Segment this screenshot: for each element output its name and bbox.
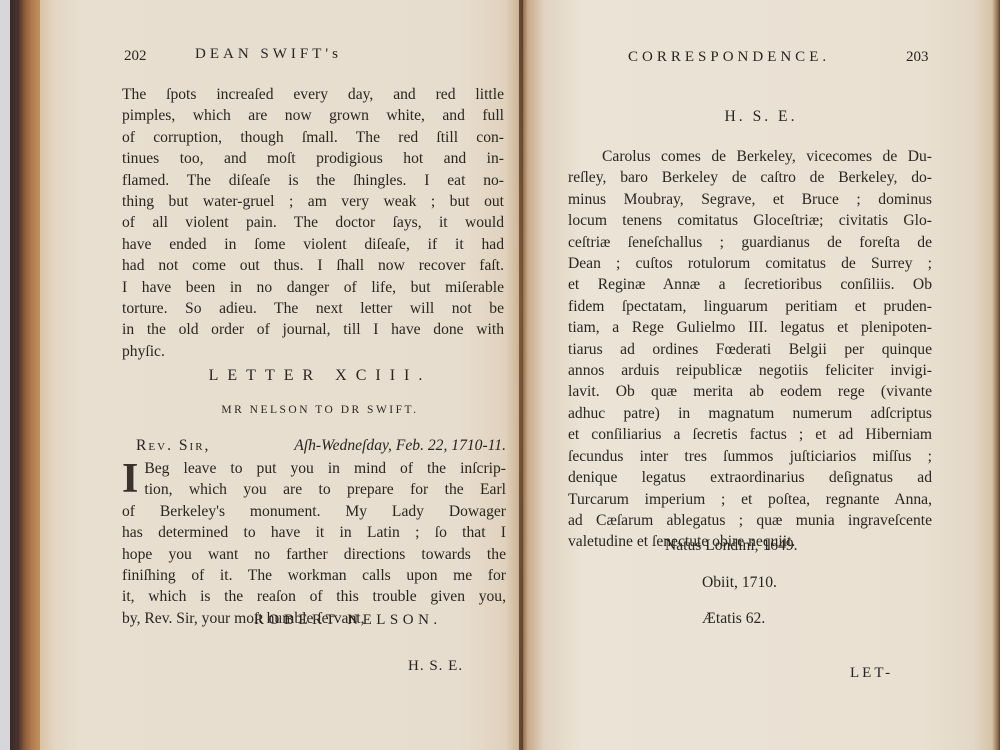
- text-line: Beg leave to put you in mind of the inſc…: [122, 458, 506, 479]
- drop-cap: I: [122, 461, 138, 497]
- running-head-left: DEAN SWIFT's: [195, 46, 342, 63]
- text-line: hope you want no farther directions towa…: [122, 544, 506, 565]
- text-line: adhuc patre) in magnatum numerum adſcrip…: [568, 403, 932, 424]
- right-page: CORRESPONDENCE. 203 H. S. E. Carolus com…: [522, 0, 1000, 750]
- text-line: of corruption, though ſmall. The red ſti…: [122, 127, 504, 148]
- text-line: phyſic.: [122, 341, 504, 362]
- dateline: Aſh-Wedneſday, Feb. 22, 1710-11.: [294, 437, 506, 455]
- text-line: denique legatus extraordinarius deſignat…: [568, 467, 932, 488]
- text-line: The ſpots increaſed every day, and red l…: [122, 84, 504, 105]
- dateline-row: Rev. Sir, Aſh-Wedneſday, Feb. 22, 1710-1…: [136, 437, 506, 455]
- running-head-right: CORRESPONDENCE.: [628, 49, 830, 66]
- inscription-heading: H. S. E.: [522, 108, 1000, 126]
- text-line: flamed. The diſeaſe is the ſhingles. I e…: [122, 170, 504, 191]
- birth-line: Natus Londini, 1649.: [665, 537, 798, 555]
- text-line: minus Moubray, Segrave, et Bruce ; domin…: [568, 189, 932, 210]
- text-line: Turcarum imperium ; et poſtea, regnante …: [568, 489, 932, 510]
- catchword-right: LET-: [850, 665, 893, 682]
- text-line: tiam, a Rege Gulielmo III. legatus et pl…: [568, 317, 932, 338]
- text-line: ſecundus inter tres ſummos juſticiarios …: [568, 446, 932, 467]
- text-line: tiarus ad ordines Fœderati Belgii per qu…: [568, 339, 932, 360]
- text-line: et Reginæ Annæ a ſecretioribus conſiliis…: [568, 274, 932, 295]
- text-line: locum tenens comitatus Gloceſtriæ; civit…: [568, 210, 932, 231]
- text-line: finiſhing of it. The workman calls upon …: [122, 565, 506, 586]
- left-page: 202 DEAN SWIFT's The ſpots increaſed eve…: [40, 0, 522, 750]
- catchword-left: H. S. E.: [408, 658, 463, 675]
- continuation-text: The ſpots increaſed every day, and red l…: [122, 84, 504, 362]
- text-line: torture. So adieu. The next letter will …: [122, 298, 504, 319]
- text-line: annos arduis reipublicæ negotiis felicit…: [568, 360, 932, 381]
- letter-body: I Beg leave to put you in mind of the in…: [122, 458, 506, 629]
- inscription-text: Carolus comes de Berkeley, vicecomes de …: [568, 146, 932, 553]
- text-line: fidem ſpectatam, linguarum peritiam et p…: [568, 296, 932, 317]
- signature: ROBERT NELSON.: [254, 612, 442, 629]
- text-line: lavit. Ob quæ merita ab eodem rege (viva…: [568, 381, 932, 402]
- text-line: it, which is the reaſon of this trouble …: [122, 586, 506, 607]
- salutation: Rev. Sir,: [136, 437, 210, 455]
- text-line: in the old order of journal, till I have…: [122, 319, 504, 340]
- text-line: of Berkeley's monument. My Lady Dowager: [122, 501, 506, 522]
- text-line: has determined to have it in Latin ; ſo …: [122, 522, 506, 543]
- text-line: ceſtriæ ſeneſchallus ; guardianus de for…: [568, 232, 932, 253]
- text-line: Carolus comes de Berkeley, vicecomes de …: [568, 146, 932, 167]
- letter-heading: LETTER XCIII.: [100, 367, 540, 385]
- text-line: have ended in ſome violent diſeaſe, if i…: [122, 234, 504, 255]
- text-line: pimples, which are now grown white, and …: [122, 105, 504, 126]
- text-line: had not come out thus. I ſhall now recov…: [122, 255, 504, 276]
- book-gutter: [519, 0, 523, 750]
- letter-subheading: MR NELSON TO DR SWIFT.: [100, 404, 540, 416]
- text-line: tinues too, and moſt prodigious hot and …: [122, 148, 504, 169]
- text-line: ad Cæſarum ablegatus ; quæ munia ingrave…: [568, 510, 932, 531]
- text-line: Dean ; cuſtos rotulorum comitatus de Sur…: [568, 253, 932, 274]
- text-line: of all violent pain. The doctor ſays, it…: [122, 212, 504, 233]
- page-number-right: 203: [906, 49, 929, 66]
- age-line: Ætatis 62.: [702, 610, 765, 628]
- page-number-left: 202: [124, 48, 147, 65]
- text-line: et conſiliarius a ſecretis factus ; et a…: [568, 424, 932, 445]
- text-line: reſley, baro Berkeley de caſtro de Berke…: [568, 167, 932, 188]
- text-line: tion, which you are to prepare for the E…: [122, 479, 506, 500]
- text-line: thing but water-gruel ; am very weak ; b…: [122, 191, 504, 212]
- text-line: I have been in no danger of life, but mi…: [122, 277, 504, 298]
- death-line: Obiit, 1710.: [702, 574, 777, 592]
